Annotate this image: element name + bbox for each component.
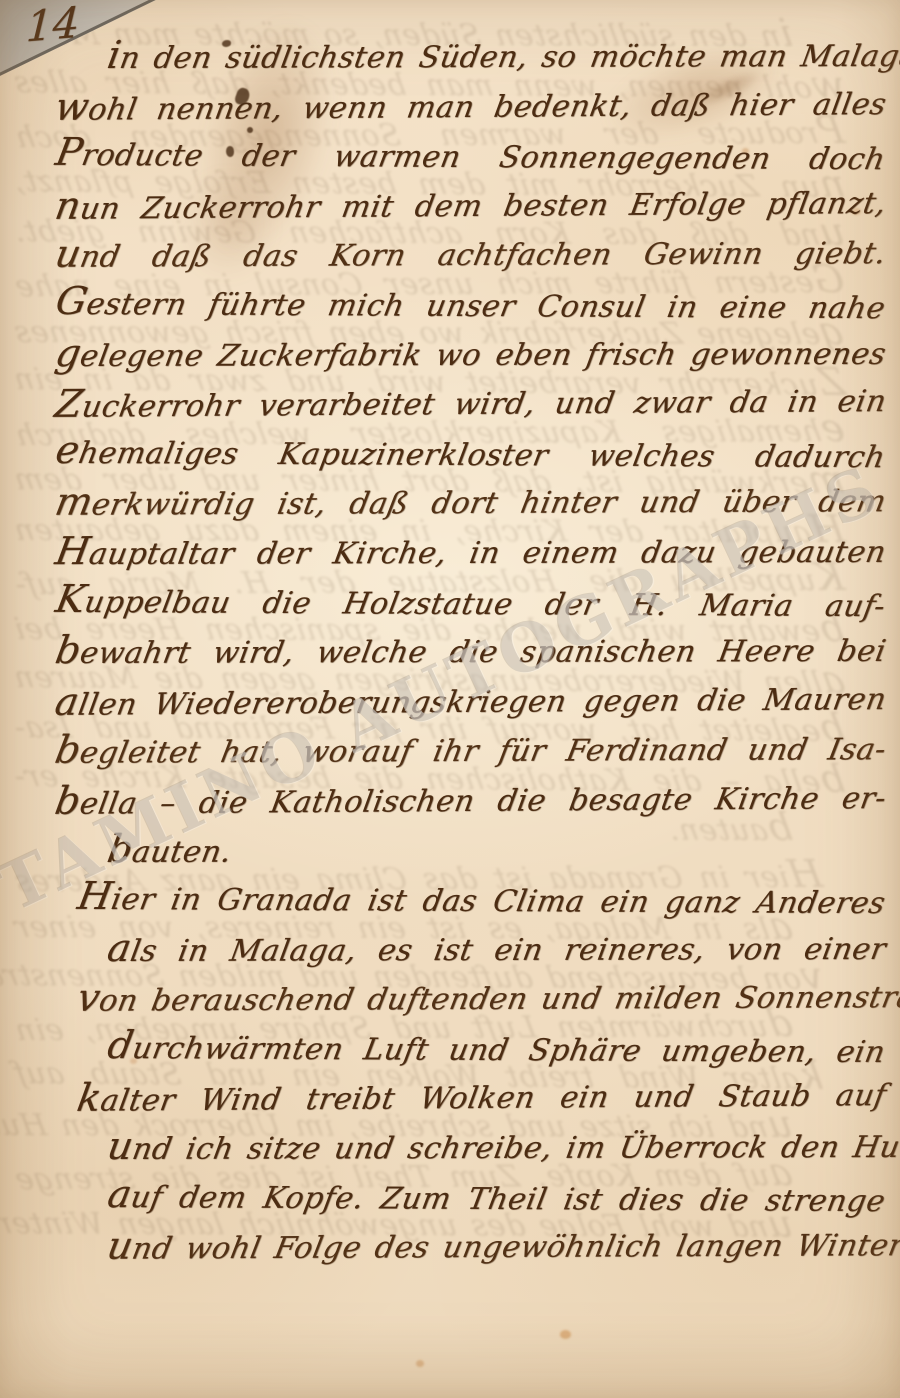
manuscript-line: allen Wiedereroberungskriegen gegen die … [51,672,890,727]
manuscript-line: Producte der warmen Sonnengegenden doch [52,128,890,182]
manuscript-line: Zuckerrohr verarbeitet wird, und zwar da… [51,374,890,429]
manuscript-line: merkwürdig ist, daß dort hinter und über… [51,475,891,528]
manuscript-page: in den südlichsten Süden, so möchte man … [0,0,900,1398]
manuscript-line: in den südlichsten Süden, so möchte man … [104,29,891,81]
manuscript-line: Hauptaltar der Kirche, in einem dazu geb… [52,525,891,577]
manuscript-line: Gestern führte mich unser Consul in eine… [52,277,890,331]
manuscript-line: ehemaliges Kapuzinerkloster welches dadu… [52,426,890,480]
manuscript-line: auf dem Kopfe. Zum Theil ist dies die st… [104,1170,890,1224]
manuscript-line: Hier in Granada ist das Clima ein ganz A… [74,872,890,926]
manuscript-line: bauten. [104,822,891,874]
foxing-spot [416,1360,424,1367]
manuscript-line: und ich sitze und schreibe, im Überrock … [104,1120,891,1172]
manuscript-line: kalter Wind treibt Wolken ein und Staub … [73,1069,890,1124]
manuscript-line: durchwärmten Luft und Sphäre umgeben, ei… [104,1021,890,1075]
foxing-spot [560,1330,571,1339]
manuscript-text: in den südlichsten Süden, so möchte man … [0,30,900,1270]
manuscript-line: von berauschend duftenden und milden Son… [73,971,891,1024]
manuscript-line: als in Malaga, es ist ein reineres, von … [104,922,891,974]
page-number: 14 [25,0,81,52]
manuscript-line: gelegene Zuckerfabrik wo eben frisch gew… [52,326,891,378]
manuscript-line: bewahrt wird, welche die spanischen Heer… [52,624,891,676]
manuscript-line: begleitet hat, worauf ihr für Ferdinand … [51,723,891,776]
manuscript-line: Kuppelbau die Holzstatue der H. Maria au… [52,574,890,628]
manuscript-line: bella – die Katholischen die besagte Kir… [51,771,890,826]
manuscript-line: und wohl Folge des ungewöhnlich langen W… [103,1219,891,1272]
manuscript-line: wohl nennen, wenn man bedenkt, daß hier … [51,77,890,132]
manuscript-line: und daß das Korn achtfachen Gewinn giebt… [51,227,891,280]
manuscript-line: nun Zuckerrohr mit dem besten Erfolge pf… [51,176,890,231]
